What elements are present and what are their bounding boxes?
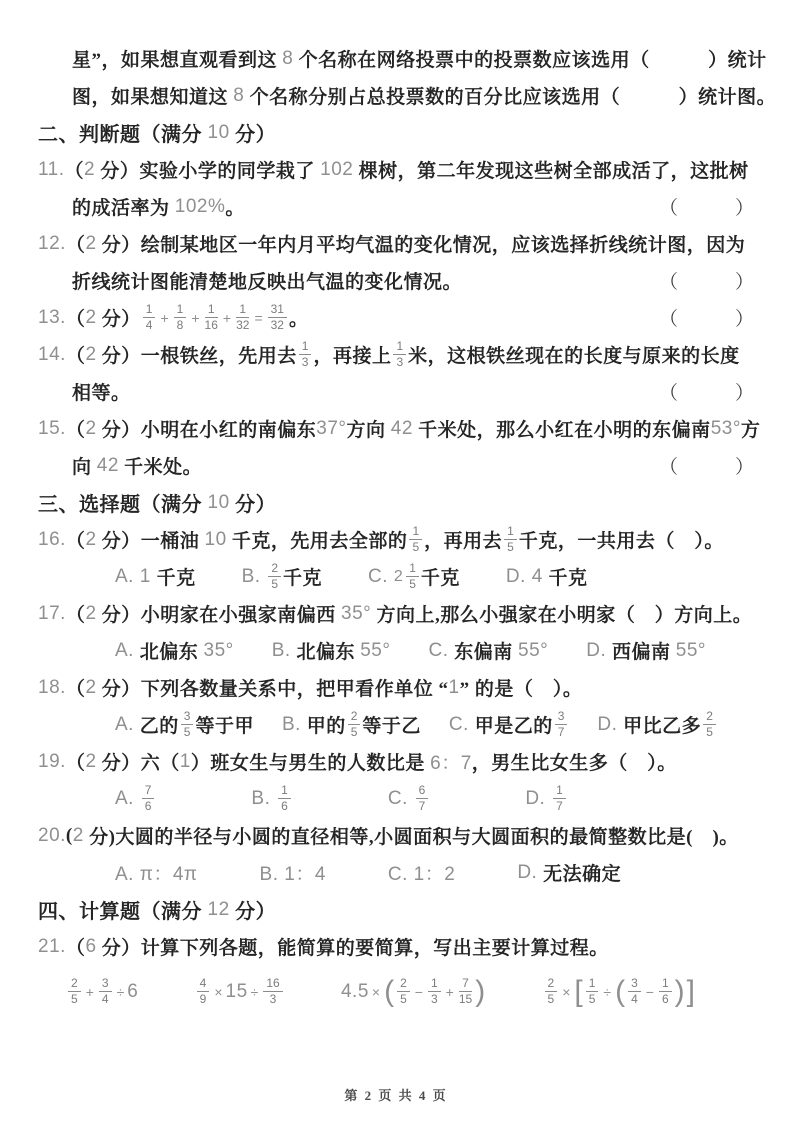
fraction: 15: [406, 562, 419, 592]
number-run: B.: [242, 566, 267, 588]
question-17-options: A. 北偏东 35°B. 北偏东 55°C. 东偏南 55°D. 西偏南 55°: [38, 632, 754, 669]
fraction-numerator: 2: [703, 710, 716, 725]
question-16-line: 16.（2 分）一桶油 10 千克，先用去全部的15，再用去15千克，一共用去（…: [38, 521, 754, 558]
text-run: 千米处，那么小红在小明的东偏南: [413, 415, 711, 442]
fraction-denominator: 6: [662, 992, 669, 1007]
answer-option: D. 甲比乙多25: [597, 710, 717, 740]
fraction-numerator: 1: [659, 977, 672, 992]
text-run: 棵树，第二年发现这些树全部成活了，这批树: [353, 156, 748, 183]
answer-blank: （ ）: [659, 193, 754, 220]
page-number: 第 2 页 共 4 页: [0, 1085, 792, 1104]
fraction-denominator: 7: [419, 799, 426, 814]
operator: ×: [372, 984, 380, 1000]
line-content: 11.（2 分）实验小学的同学栽了 102 棵树，第二年发现这些树全部成活了，这…: [38, 156, 749, 183]
fraction-denominator: 5: [412, 540, 419, 555]
fraction-denominator: 5: [706, 725, 713, 740]
fraction: 13: [299, 340, 312, 370]
text-run: ）班女生与男生的人数比是: [191, 748, 430, 775]
fraction: 49: [197, 977, 210, 1007]
number-run: D. 4: [506, 566, 549, 588]
question-13-line: 13.（2 分）14+18+116+132=3132。（ ）: [38, 299, 754, 336]
question-15-line-2: 向 42 千米处。（ ）: [38, 447, 754, 484]
fraction-numerator: 2: [68, 977, 81, 992]
text-run: 个名称在网络投票中的投票数应该选用（ ）统计: [293, 45, 766, 72]
number-run: B. 1：4: [260, 859, 326, 886]
fraction: 13: [393, 340, 406, 370]
question-18-options: A. 乙的35等于甲B. 甲的25等于乙C. 甲是乙的37D. 甲比乙多25: [38, 706, 754, 743]
fraction-denominator: 3: [302, 355, 309, 370]
line-content: 25+34÷649×15÷1634.5×(25−13+715)25×[15÷(3…: [38, 977, 754, 1007]
fraction-numerator: 2: [397, 977, 410, 992]
number-run: 1: [449, 677, 460, 699]
mixed-whole: 2: [394, 568, 403, 586]
answer-option: D. 西偏南 55°: [586, 637, 706, 664]
number-run: 2: [85, 603, 96, 625]
operator: ÷: [603, 984, 611, 1000]
fraction-denominator: 6: [145, 799, 152, 814]
line-content: A. 1 千克B. 25千克C. 215千克D. 4 千克: [115, 562, 634, 592]
answer-option: B. 1：4: [260, 859, 326, 886]
line-content: 的成活率为 102%。: [72, 193, 245, 220]
section-calculation: 四、计算题（满分 12 分）: [38, 891, 754, 928]
number-run: 2: [85, 418, 96, 440]
question-20-options: A. π：4πB. 1：4C. 1：2D. 无法确定: [38, 854, 754, 891]
fraction-denominator: 4: [102, 992, 109, 1007]
answer-option: B. 16: [251, 784, 292, 814]
fraction-denominator: 5: [184, 725, 191, 740]
number-run: 17.: [38, 603, 66, 625]
text-run: ，再接上: [313, 341, 391, 368]
question-20-line: 20.(2 分)大圆的半径与小圆的直径相等,小圆面积与大圆面积的最简整数比是( …: [38, 817, 754, 854]
text-run: ，男生比女生多（ ）。: [472, 748, 677, 775]
question-10-cont-1: 星”，如果想直观看到这 8 个名称在网络投票中的投票数应该选用（ ）统计: [38, 40, 754, 77]
line-content: 14.（2 分）一根铁丝，先用去13，再接上13米，这根铁丝现在的长度与原来的长…: [38, 340, 740, 370]
number-run: 102%: [175, 196, 226, 218]
number-run: 6: [85, 936, 96, 958]
fraction: 13: [428, 977, 441, 1007]
text-run: 分）小明家在小强家南偏西: [97, 600, 342, 627]
text-run: 四、计算题（满分: [38, 895, 208, 924]
text-run: 分）一根铁丝，先用去: [97, 341, 297, 368]
operator: +: [86, 984, 94, 1000]
text-run: 三、选择题（满分: [38, 488, 208, 517]
answer-option: B. 甲的25等于乙: [282, 710, 421, 740]
text-run: 千米处。: [119, 452, 202, 479]
fraction: 116: [205, 303, 218, 333]
text-run: （: [66, 600, 86, 627]
operator: =: [254, 310, 262, 326]
fraction: 25: [348, 710, 361, 740]
question-17-line: 17.（2 分）小明家在小强家南偏西 35° 方向上,那么小强家在小明家（ ）方…: [38, 595, 754, 632]
answer-option: C. 215千克: [368, 562, 460, 592]
text-run: （: [66, 526, 86, 553]
line-content: 向 42 千米处。: [72, 452, 202, 479]
text-run: 星”，如果想直观看到这: [72, 45, 282, 72]
text-run: 。: [289, 304, 309, 331]
big-bracket: (: [384, 977, 394, 1007]
fraction-denominator: 5: [71, 992, 78, 1007]
text-run: 的成活率为: [72, 193, 175, 220]
text-run: 二、判断题（满分: [38, 118, 208, 147]
line-content: A. 乙的35等于甲B. 甲的25等于乙C. 甲是乙的37D. 甲比乙多25: [115, 710, 746, 740]
answer-option: B. 25千克: [242, 562, 322, 592]
number-run: C.: [368, 566, 394, 588]
text-run: 东偏南: [454, 637, 518, 664]
number-run: 2: [73, 825, 84, 847]
answer-option: A. 1 千克: [115, 563, 196, 590]
text-run: 乙的: [140, 711, 179, 738]
fraction-denominator: 5: [589, 992, 596, 1007]
text-run: 千克: [157, 563, 196, 590]
fraction-denominator: 5: [351, 725, 358, 740]
fraction-numerator: 1: [409, 525, 422, 540]
fraction-numerator: 7: [142, 784, 155, 799]
number-run: C. 1：2: [388, 859, 455, 886]
answer-option: A. π：4π: [115, 859, 198, 886]
number-run: C.: [428, 640, 454, 662]
fraction: 16: [278, 784, 291, 814]
number-run: 102: [320, 159, 353, 181]
text-run: （: [66, 415, 86, 442]
number-run: 18.: [38, 677, 66, 699]
fraction: 35: [181, 710, 194, 740]
line-content: 17.（2 分）小明家在小强家南偏西 35° 方向上,那么小强家在小明家（ ）方…: [38, 600, 752, 627]
fraction-denominator: 3: [396, 355, 403, 370]
operator: +: [446, 984, 454, 1000]
operator: +: [160, 310, 168, 326]
fraction: 34: [99, 977, 112, 1007]
text-run: 千克: [549, 563, 588, 590]
question-15-line-1: 15.（2 分）小明在小红的南偏东37°方向 42 千米处，那么小红在小明的东偏…: [38, 410, 754, 447]
number-run: 53°: [711, 418, 741, 440]
number-run: A. π：4π: [115, 859, 198, 886]
operator: +: [191, 310, 199, 326]
number-run: 55°: [518, 640, 548, 662]
operator: ÷: [251, 984, 259, 1000]
fraction: 132: [236, 303, 249, 333]
text-run: 等于甲: [195, 711, 254, 738]
text-run: 分)大圆的半径与小圆的直径相等,小圆面积与大圆面积的最简整数比是( )。: [84, 822, 739, 849]
question-21-line: 21.（6 分）计算下列各题，能简算的要简算，写出主要计算过程。: [38, 928, 754, 965]
question-11-line-2: 的成活率为 102%。（ ）: [38, 188, 754, 225]
fraction-numerator: 1: [428, 977, 441, 992]
fraction-denominator: 16: [205, 318, 218, 333]
operator: −: [646, 984, 654, 1000]
number-run: 20.: [38, 825, 66, 847]
answer-option: C. 东偏南 55°: [428, 637, 548, 664]
text-run: 个名称分别占总投票数的百分比应该选用（ ）统计图。: [244, 82, 776, 109]
number-run: 35°: [341, 603, 371, 625]
number-run: 13.: [38, 307, 66, 329]
line-content: 二、判断题（满分 10 分）: [38, 118, 276, 147]
text-run: 分）一桶油: [97, 526, 205, 553]
number-run: 2: [84, 159, 95, 181]
line-content: 20.(2 分)大圆的半径与小圆的直径相等,小圆面积与大圆面积的最简整数比是( …: [38, 822, 739, 849]
calc-expression: 49×15÷163: [195, 977, 285, 1007]
operator: +: [223, 310, 231, 326]
fraction-numerator: 6: [416, 784, 429, 799]
fraction-numerator: 3: [555, 710, 568, 725]
text-run: （: [66, 230, 86, 257]
question-21-expressions: 25+34÷649×15÷1634.5×(25−13+715)25×[15÷(3…: [38, 965, 754, 1019]
fraction-denominator: 4: [146, 318, 153, 333]
question-14-line-2: 相等。（ ）: [38, 373, 754, 410]
number-run: 21.: [38, 936, 66, 958]
fraction-numerator: 1: [504, 525, 517, 540]
fraction: 67: [416, 784, 429, 814]
fraction-numerator: 7: [459, 977, 472, 992]
text-run: （: [66, 933, 86, 960]
fraction-numerator: 2: [268, 562, 281, 577]
fraction-denominator: 6: [281, 799, 288, 814]
text-run: 分）计算下列各题，能简算的要简算，写出主要计算过程。: [97, 933, 609, 960]
fraction-numerator: 1: [393, 340, 406, 355]
number-run: 12.: [38, 233, 66, 255]
fraction-denominator: 5: [409, 577, 416, 592]
line-content: 16.（2 分）一桶油 10 千克，先用去全部的15，再用去15千克，一共用去（…: [38, 525, 724, 555]
text-run: 甲是乙的: [475, 711, 553, 738]
number-run: 14.: [38, 344, 66, 366]
fraction-numerator: 1: [143, 303, 156, 318]
text-run: 千克: [421, 563, 460, 590]
number-run: 55°: [676, 640, 706, 662]
line-content: 折线统计图能清楚地反映出气温的变化情况。: [72, 267, 462, 294]
fraction-denominator: 5: [548, 992, 555, 1007]
fraction: 17: [553, 784, 566, 814]
fraction-numerator: 3: [181, 710, 194, 725]
fraction: 25: [703, 710, 716, 740]
text-run: (: [66, 825, 73, 847]
question-11-line-1: 11.（2 分）实验小学的同学栽了 102 棵树，第二年发现这些树全部成活了，这…: [38, 151, 754, 188]
fraction-numerator: 1: [586, 977, 599, 992]
fraction-denominator: 5: [271, 577, 278, 592]
question-14-line-1: 14.（2 分）一根铁丝，先用去13，再接上13米，这根铁丝现在的长度与原来的长…: [38, 336, 754, 373]
number-run: D.: [597, 714, 623, 736]
operator: −: [415, 984, 423, 1000]
question-12-line-1: 12.（2 分）绘制某地区一年内月平均气温的变化情况，应该选择折线统计图，因为: [38, 225, 754, 262]
question-18-line: 18.（2 分）下列各数量关系中，把甲看作单位 “1” 的是（ ）。: [38, 669, 754, 706]
section-judgement: 二、判断题（满分 10 分）: [38, 114, 754, 151]
number-run: 8: [233, 85, 244, 107]
question-12-line-2: 折线统计图能清楚地反映出气温的变化情况。（ ）: [38, 262, 754, 299]
text-run: 方向上,那么小强家在小明家（ ）方向上。: [371, 600, 752, 627]
number-run: 19.: [38, 751, 66, 773]
fraction-numerator: 16: [263, 977, 282, 992]
number-run: 42: [97, 455, 119, 477]
text-run: 分）下列各数量关系中，把甲看作单位 “: [97, 674, 449, 701]
operator: ×: [562, 984, 570, 1000]
number-run: 11.: [38, 159, 65, 181]
number-run: 6：7: [430, 748, 472, 775]
document-body: 星”，如果想直观看到这 8 个名称在网络投票中的投票数应该选用（ ）统计图，如果…: [0, 0, 792, 1019]
line-content: A. π：4πB. 1：4C. 1：2D. 无法确定: [115, 859, 683, 886]
fraction-denominator: 7: [558, 725, 565, 740]
answer-option: A. 76: [115, 784, 156, 814]
big-bracket: (: [615, 977, 625, 1007]
text-run: 无法确定: [543, 859, 621, 886]
fraction-numerator: 4: [197, 977, 210, 992]
number-run: 16.: [38, 529, 66, 551]
answer-blank: （ ）: [659, 267, 754, 294]
text-run: 分）小明在小红的南偏东: [97, 415, 317, 442]
text-run: （: [66, 748, 86, 775]
big-bracket: [: [574, 977, 582, 1007]
number-run: 15: [226, 981, 248, 1003]
number-run: 1: [180, 751, 191, 773]
fraction: 76: [142, 784, 155, 814]
line-content: 三、选择题（满分 10 分）: [38, 488, 276, 517]
text-run: （: [66, 674, 86, 701]
fraction-numerator: 1: [174, 303, 187, 318]
fraction: 163: [263, 977, 282, 1007]
line-content: 相等。: [72, 378, 131, 405]
text-run: 分）六（: [97, 748, 180, 775]
fraction-denominator: 15: [459, 992, 472, 1007]
text-run: 方: [741, 415, 761, 442]
fraction-numerator: 1: [236, 303, 249, 318]
number-run: 2: [85, 751, 96, 773]
line-content: 13.（2 分）14+18+116+132=3132。: [38, 303, 309, 333]
fraction: 37: [555, 710, 568, 740]
fraction: 15: [586, 977, 599, 1007]
fraction: 14: [143, 303, 156, 333]
number-run: C.: [449, 714, 475, 736]
line-content: 星”，如果想直观看到这 8 个名称在网络投票中的投票数应该选用（ ）统计: [72, 45, 767, 72]
fraction: 25: [268, 562, 281, 592]
fraction: 16: [659, 977, 672, 1007]
number-run: A.: [115, 788, 140, 810]
fraction: 715: [459, 977, 472, 1007]
text-run: （: [65, 156, 85, 183]
text-run: 折线统计图能清楚地反映出气温的变化情况。: [72, 267, 462, 294]
line-content: 15.（2 分）小明在小红的南偏东37°方向 42 千米处，那么小红在小明的东偏…: [38, 415, 760, 442]
fraction-numerator: 1: [299, 340, 312, 355]
number-run: A.: [115, 640, 140, 662]
answer-option: B. 北偏东 55°: [272, 637, 391, 664]
line-content: A. 北偏东 35°B. 北偏东 55°C. 东偏南 55°D. 西偏南 55°: [115, 637, 744, 664]
answer-option: C. 1：2: [388, 859, 455, 886]
text-run: 北偏东: [296, 637, 360, 664]
fraction-denominator: 3: [270, 992, 277, 1007]
number-run: 35°: [204, 640, 234, 662]
line-content: 19.（2 分）六（1）班女生与男生的人数比是 6：7，男生比女生多（ ）。: [38, 748, 677, 775]
answer-option: A. 北偏东 35°: [115, 637, 234, 664]
fraction: 18: [174, 303, 187, 333]
question-19-options: A. 76B. 16C. 67D. 17: [38, 780, 754, 817]
number-run: 42: [391, 418, 413, 440]
number-run: D.: [586, 640, 612, 662]
number-run: 2: [85, 529, 96, 551]
fraction-denominator: 8: [177, 318, 184, 333]
number-run: 37°: [316, 418, 346, 440]
question-10-cont-2: 图，如果想知道这 8 个名称分别占总投票数的百分比应该选用（ ）统计图。: [38, 77, 754, 114]
number-run: 2: [85, 344, 96, 366]
text-run: 北偏东: [140, 637, 204, 664]
fraction-numerator: 1: [406, 562, 419, 577]
fraction-denominator: 7: [556, 799, 563, 814]
fraction: 3132: [268, 303, 287, 333]
answer-option: D. 无法确定: [517, 859, 621, 886]
number-run: 10: [208, 122, 230, 144]
answer-option: A. 乙的35等于甲: [115, 710, 254, 740]
text-run: 图，如果想知道这: [72, 82, 233, 109]
number-run: 2: [85, 307, 96, 329]
fraction-denominator: 32: [271, 318, 284, 333]
number-run: D.: [517, 862, 543, 884]
text-run: （: [66, 341, 86, 368]
fraction-numerator: 2: [545, 977, 558, 992]
big-bracket: ): [675, 977, 685, 1007]
operator: ×: [214, 984, 222, 1000]
number-run: 2: [85, 677, 96, 699]
big-bracket: ): [475, 977, 485, 1007]
line-content: 18.（2 分）下列各数量关系中，把甲看作单位 “1” 的是（ ）。: [38, 674, 582, 701]
fraction: 25: [68, 977, 81, 1007]
number-run: 4.5: [341, 981, 369, 1003]
line-content: 四、计算题（满分 12 分）: [38, 895, 276, 924]
exam-paper-page: 星”，如果想直观看到这 8 个名称在网络投票中的投票数应该选用（ ）统计图，如果…: [0, 0, 792, 1122]
text-run: 甲的: [307, 711, 346, 738]
number-run: 2: [85, 233, 96, 255]
text-run: 相等。: [72, 378, 131, 405]
number-run: 15.: [38, 418, 66, 440]
answer-option: C. 67: [388, 784, 430, 814]
text-run: 分）绘制某地区一年内月平均气温的变化情况，应该选择折线统计图，因为: [97, 230, 746, 257]
number-run: 10: [208, 492, 230, 514]
fraction-denominator: 32: [236, 318, 249, 333]
text-run: 分）: [230, 895, 277, 924]
number-run: 8: [282, 48, 293, 70]
fraction: 15: [409, 525, 422, 555]
text-run: 向: [72, 452, 97, 479]
text-run: 千克，一共用去（ ）。: [519, 526, 724, 553]
number-run: A. 1: [115, 566, 157, 588]
mixed-number: 215: [394, 562, 421, 592]
fraction-numerator: 1: [553, 784, 566, 799]
fraction: 15: [504, 525, 517, 555]
text-run: 等于乙: [362, 711, 421, 738]
fraction-denominator: 5: [400, 992, 407, 1007]
fraction-denominator: 4: [631, 992, 638, 1007]
number-run: 12: [208, 899, 230, 921]
text-run: 分）实验小学的同学栽了: [95, 156, 320, 183]
text-run: ，再用去: [424, 526, 502, 553]
text-run: ” 的是（ ）。: [460, 674, 583, 701]
text-run: 米，这根铁丝现在的长度与原来的长度: [408, 341, 740, 368]
line-content: 图，如果想知道这 8 个名称分别占总投票数的百分比应该选用（ ）统计图。: [72, 82, 776, 109]
text-run: 。: [225, 193, 245, 220]
fraction-denominator: 3: [431, 992, 438, 1007]
fraction-numerator: 2: [348, 710, 361, 725]
number-run: C.: [388, 788, 414, 810]
calc-expression: 25×[15÷(34−16)]: [543, 977, 697, 1007]
text-run: 分）: [230, 488, 277, 517]
number-run: A.: [115, 714, 140, 736]
number-run: 55°: [360, 640, 390, 662]
text-run: 分）: [230, 118, 277, 147]
answer-blank: （ ）: [659, 452, 754, 479]
answer-blank: （ ）: [659, 304, 754, 331]
line-content: 12.（2 分）绘制某地区一年内月平均气温的变化情况，应该选择折线统计图，因为: [38, 230, 745, 257]
text-run: 千克，先用去全部的: [227, 526, 408, 553]
number-run: B.: [282, 714, 307, 736]
number-run: 10: [205, 529, 227, 551]
operator: ÷: [117, 984, 125, 1000]
answer-blank: （ ）: [659, 378, 754, 405]
fraction: 34: [628, 977, 641, 1007]
text-run: 甲比乙多: [623, 711, 701, 738]
calc-expression: 25+34÷6: [66, 977, 138, 1007]
